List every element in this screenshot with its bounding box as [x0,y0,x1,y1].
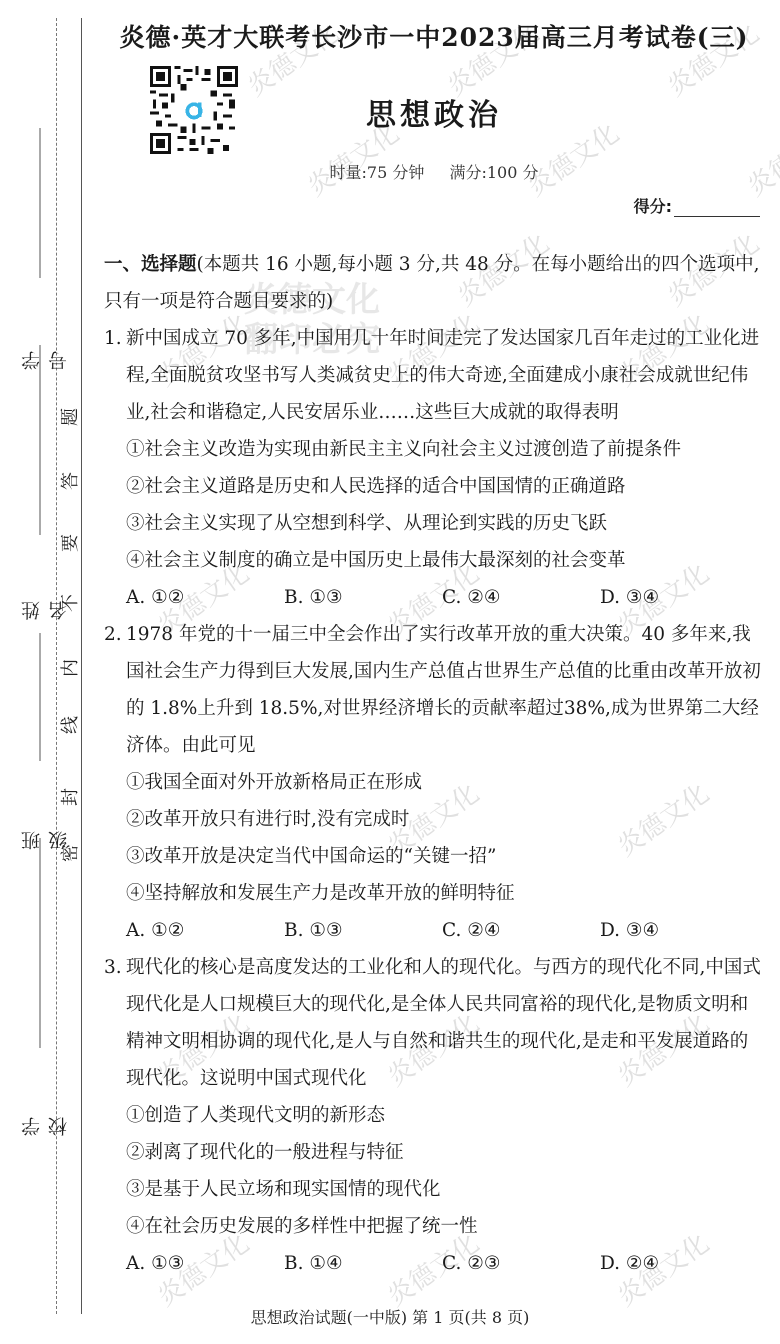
choice-b[interactable]: B. ①③ [284,579,442,616]
choice-a[interactable]: A. ①② [126,579,284,616]
choice-c[interactable]: C. ②③ [442,1245,600,1282]
choice-b[interactable]: B. ①④ [284,1245,442,1282]
question-1: 1. 新中国成立 70 多年,中国用几十年时间走完了发达国家几百年走过的工业化进… [104,320,766,431]
statement-option: ②剥离了现代化的一般进程与特征 [104,1134,766,1171]
score-label: 得分: [634,197,672,216]
question-3: 3. 现代化的核心是高度发达的工业化和人的现代化。与西方的现代化不同,中国式现代… [104,949,766,1097]
statement-option: ③是基于人民立场和现实国情的现代化 [104,1171,766,1208]
question-number: 3. [104,949,122,986]
student-id-label: 学 号 [18,290,48,370]
class-underline[interactable] [39,633,41,761]
statement-option: ②社会主义道路是历史和人民选择的适合中国国情的正确道路 [104,468,766,505]
name-underline[interactable] [39,345,41,535]
score-blank[interactable] [674,200,760,217]
class-label: 班 级 [18,770,48,850]
choice-d[interactable]: D. ③④ [600,579,758,616]
subject-title: 思想政治 [104,90,764,134]
question-stem: 1978 年党的十一届三中全会作出了实行改革开放的重大决策。40 多年来,我国社… [126,624,761,756]
school-label: 学 校 [18,1056,48,1136]
seal-char: 不 [56,592,82,614]
exam-title: 炎德·英才大联考长沙市一中2023届高三月考试卷(三) [104,18,764,54]
seal-char: 封 [56,786,82,808]
question-2: 2. 1978 年党的十一届三中全会作出了实行改革开放的重大决策。40 多年来,… [104,616,766,764]
seal-char: 答 [56,470,82,492]
choice-d[interactable]: D. ③④ [600,912,758,949]
score-field: 得分: [634,194,760,217]
question-stem: 现代化的核心是高度发达的工业化和人的现代化。与西方的现代化不同,中国式现代化是人… [126,957,761,1089]
statement-option: ②改革开放只有进行时,没有完成时 [104,801,766,838]
student-id-underline[interactable] [39,128,41,278]
statement-option: ③改革开放是决定当代中国命运的“关键一招” [104,838,766,875]
choice-a[interactable]: A. ①② [126,912,284,949]
statement-option: ③社会主义实现了从空想到科学、从理论到实践的历史飞跃 [104,505,766,542]
page-footer: 思想政治试题(一中版) 第 1 页(共 8 页) [0,1305,780,1328]
choice-d[interactable]: D. ②④ [600,1245,758,1282]
exam-body: 一、选择题(本题共 16 小题,每小题 3 分,共 48 分。在每小题给出的四个… [104,246,766,1282]
seal-char: 题 [56,406,82,428]
name-label: 姓 名 [18,540,48,620]
answer-choices: A. ①③ B. ①④ C. ②③ D. ②④ [104,1245,766,1282]
statement-option: ①创造了人类现代文明的新形态 [104,1097,766,1134]
question-number: 1. [104,320,122,357]
seal-char: 内 [56,657,82,679]
seal-char: 线 [56,714,82,736]
full-score: 满分:100 分 [449,163,538,182]
statement-option: ④社会主义制度的确立是中国历史上最伟大最深刻的社会变革 [104,542,766,579]
choice-a[interactable]: A. ①③ [126,1245,284,1282]
statement-option: ④坚持解放和发展生产力是改革开放的鲜明特征 [104,875,766,912]
choice-c[interactable]: C. ②④ [442,912,600,949]
seal-char: 要 [56,532,82,554]
time-limit: 时量:75 分钟 [330,163,425,182]
section-header: 一、选择题(本题共 16 小题,每小题 3 分,共 48 分。在每小题给出的四个… [104,246,766,320]
choice-b[interactable]: B. ①③ [284,912,442,949]
exam-meta: 时量:75 分钟 满分:100 分 [104,160,764,183]
statement-option: ①我国全面对外开放新格局正在形成 [104,764,766,801]
statement-option: ①社会主义改造为实现由新民主主义向社会主义过渡创造了前提条件 [104,431,766,468]
statement-option: ④在社会历史发展的多样性中把握了统一性 [104,1208,766,1245]
section-instructions: (本题共 16 小题,每小题 3 分,共 48 分。在每小题给出的四个选项中,只… [104,254,760,312]
question-number: 2. [104,616,122,653]
school-underline[interactable] [39,838,41,1048]
answer-choices: A. ①② B. ①③ C. ②④ D. ③④ [104,579,766,616]
answer-choices: A. ①② B. ①③ C. ②④ D. ③④ [104,912,766,949]
question-stem: 新中国成立 70 多年,中国用几十年时间走完了发达国家几百年走过的工业化进程,全… [126,328,759,423]
section-title: 一、选择题 [104,254,197,275]
choice-c[interactable]: C. ②④ [442,579,600,616]
seal-char: 密 [56,842,82,864]
